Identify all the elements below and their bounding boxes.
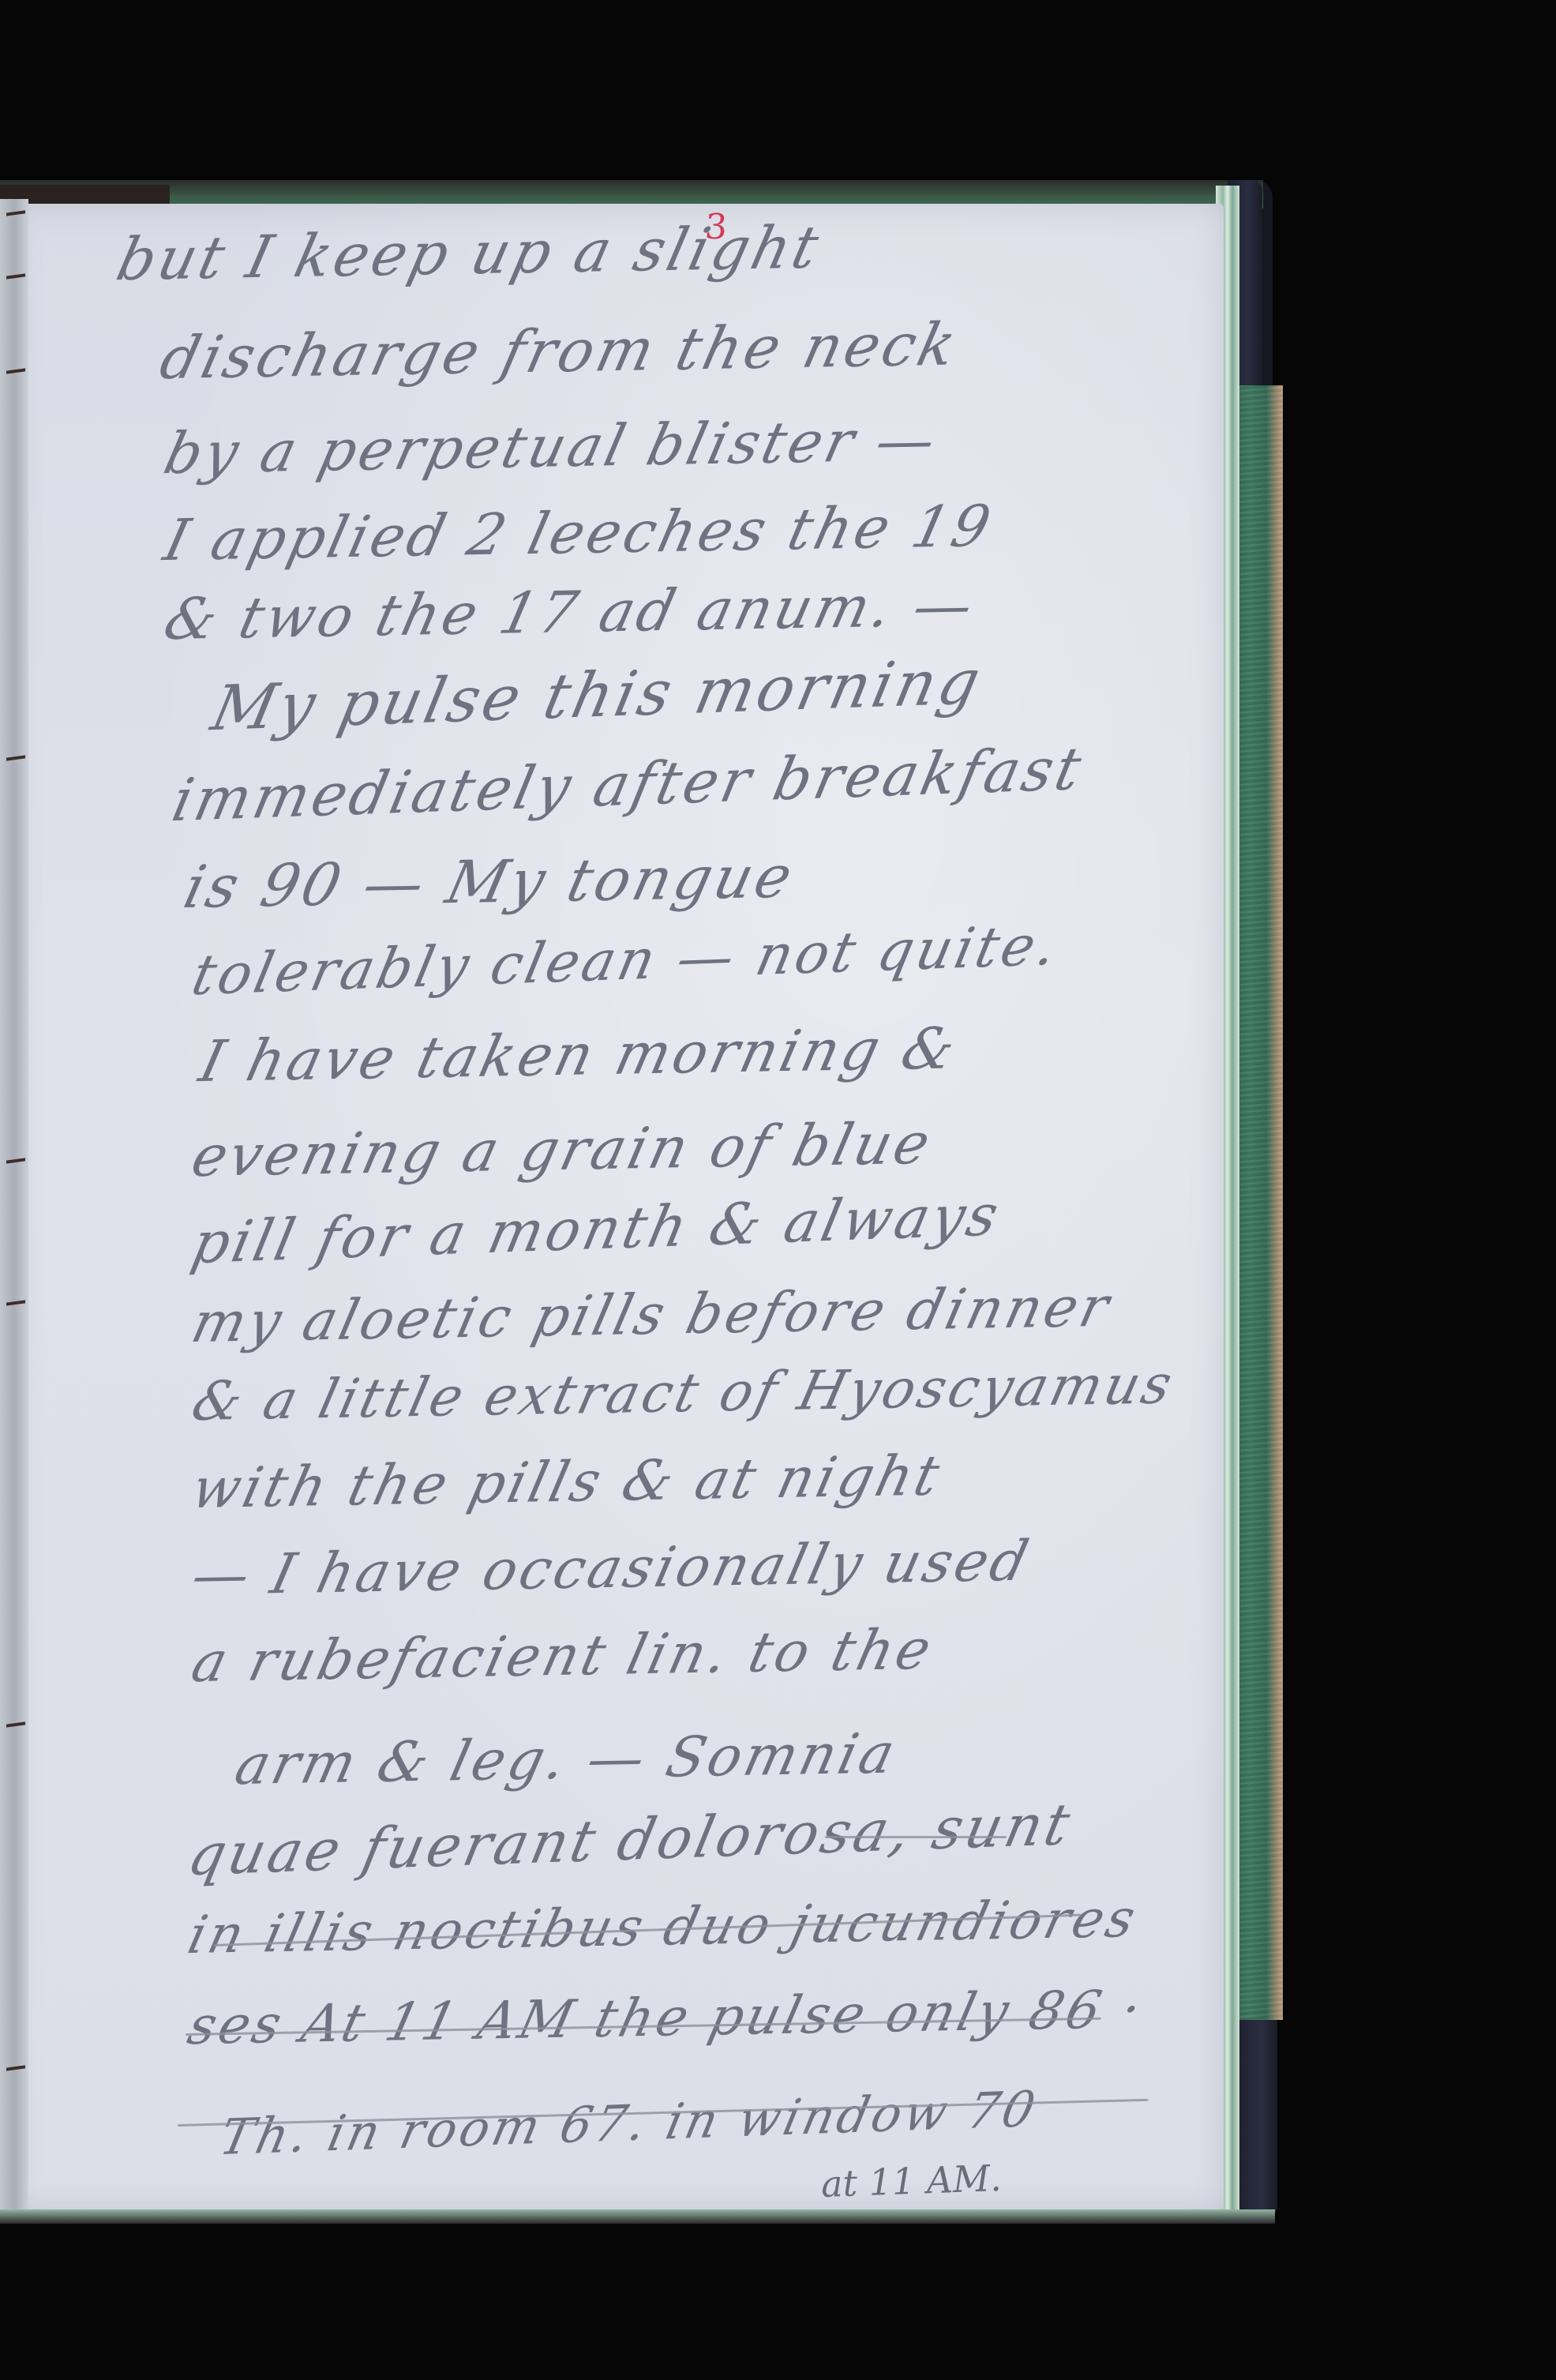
- underline-stroke: [825, 1836, 1007, 1838]
- handwritten-line: I have taken morning &: [193, 1015, 964, 1095]
- cover-bottom-edge: [0, 2209, 1275, 2224]
- binding-gutter: [0, 199, 28, 2213]
- time-annotation: at 11 AM.: [820, 2157, 1002, 2205]
- handwritten-line: evening a grain of blue: [186, 1110, 939, 1190]
- cover-spine-bottom: [1238, 2020, 1277, 2217]
- handwritten-line: a rubefacient lin. to the: [186, 1616, 939, 1695]
- handwritten-line: is 90 — My tongue: [178, 843, 801, 922]
- handwritten-line: with the pills & at night: [186, 1443, 948, 1521]
- handwritten-line: arm & leg. — Somnia: [229, 1721, 903, 1797]
- handwritten-line: by a perpetual blister —: [158, 407, 945, 486]
- handwritten-line: discharge from the neck: [154, 310, 965, 392]
- handwritten-line: but I keep up a slight: [111, 213, 827, 294]
